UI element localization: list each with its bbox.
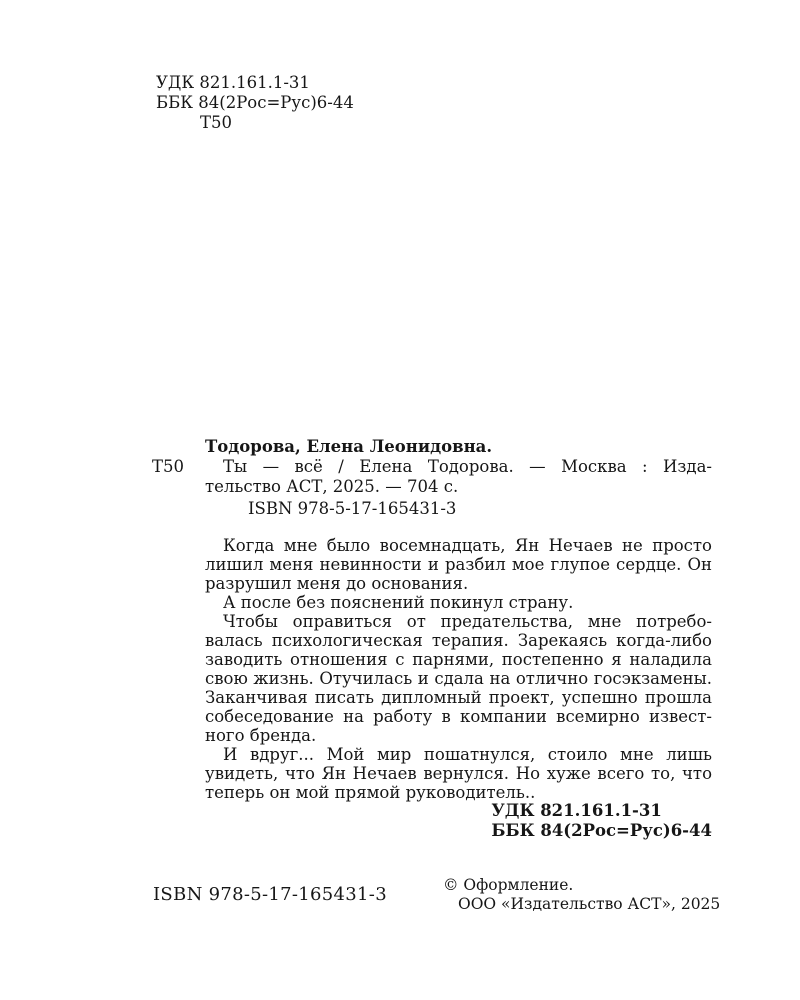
codes-block: УДК 821.161.1-31 ББК 84(2Рос=Рус)6-44 bbox=[205, 801, 712, 841]
catalog-entry-line: Ты — всё / Елена Тодорова. — Москва : Из… bbox=[205, 457, 712, 477]
annotation-line: Заканчивая писать дипломный проект, успе… bbox=[205, 688, 712, 707]
annotation-line: свою жизнь. Отучилась и сдала на отлично… bbox=[205, 669, 712, 688]
catalog-author-sign: Т50 bbox=[152, 457, 184, 477]
annotation-line: разрушил меня до основания. bbox=[205, 574, 712, 593]
author-sign: Т50 bbox=[156, 113, 354, 133]
annotation-line: увидеть, что Ян Нечаев вернулся. Но хуже… bbox=[205, 764, 712, 783]
annotation-line: Чтобы оправиться от предательства, мне п… bbox=[205, 612, 712, 631]
annotation-line: А после без пояснений покинул страну. bbox=[205, 593, 712, 612]
annotation-block: Когда мне было восемнадцать, Ян Нечаев н… bbox=[205, 536, 712, 802]
classification-block: УДК 821.161.1-31 ББК 84(2Рос=Рус)6-44 Т5… bbox=[156, 73, 354, 133]
bbk-code: ББК 84(2Рос=Рус)6-44 bbox=[156, 93, 354, 113]
isbn-number: ISBN 978-5-17-165431-3 bbox=[248, 499, 456, 519]
catalog-entry-line: тельство АСТ, 2025. — 704 с. bbox=[205, 477, 712, 497]
annotation-line: ного бренда. bbox=[205, 726, 712, 745]
copyright-block: © Оформление. ООО «Издательство АСТ», 20… bbox=[443, 876, 720, 914]
annotation-line: валась психологическая терапия. Зарекаяс… bbox=[205, 631, 712, 650]
udk-code: УДК 821.161.1-31 bbox=[156, 73, 354, 93]
annotation-line: И вдруг... Мой мир пошатнулся, стоило мн… bbox=[205, 745, 712, 764]
annotation-line: Когда мне было восемнадцать, Ян Нечаев н… bbox=[205, 536, 712, 555]
bbk-code-bold: ББК 84(2Рос=Рус)6-44 bbox=[491, 821, 712, 841]
copyright-design: © Оформление. bbox=[443, 876, 720, 895]
annotation-line: заводить отношения с парнями, постепенно… bbox=[205, 650, 712, 669]
annotation-line: собеседование на работу в компании всеми… bbox=[205, 707, 712, 726]
annotation-line: теперь он мой прямой руководитель.. bbox=[205, 783, 712, 802]
isbn-number-footer: ISBN 978-5-17-165431-3 bbox=[153, 884, 387, 906]
book-imprint-page: УДК 821.161.1-31 ББК 84(2Рос=Рус)6-44 Т5… bbox=[0, 0, 800, 1000]
annotation-line: лишил меня невинности и разбил мое глупо… bbox=[205, 555, 712, 574]
catalog-card: Т50 Тодорова, Елена Леонидовна. Ты — всё… bbox=[205, 437, 712, 497]
udk-code-bold: УДК 821.161.1-31 bbox=[491, 801, 712, 821]
copyright-publisher: ООО «Издательство АСТ», 2025 bbox=[443, 895, 720, 914]
catalog-author-name: Тодорова, Елена Леонидовна. bbox=[205, 437, 712, 457]
